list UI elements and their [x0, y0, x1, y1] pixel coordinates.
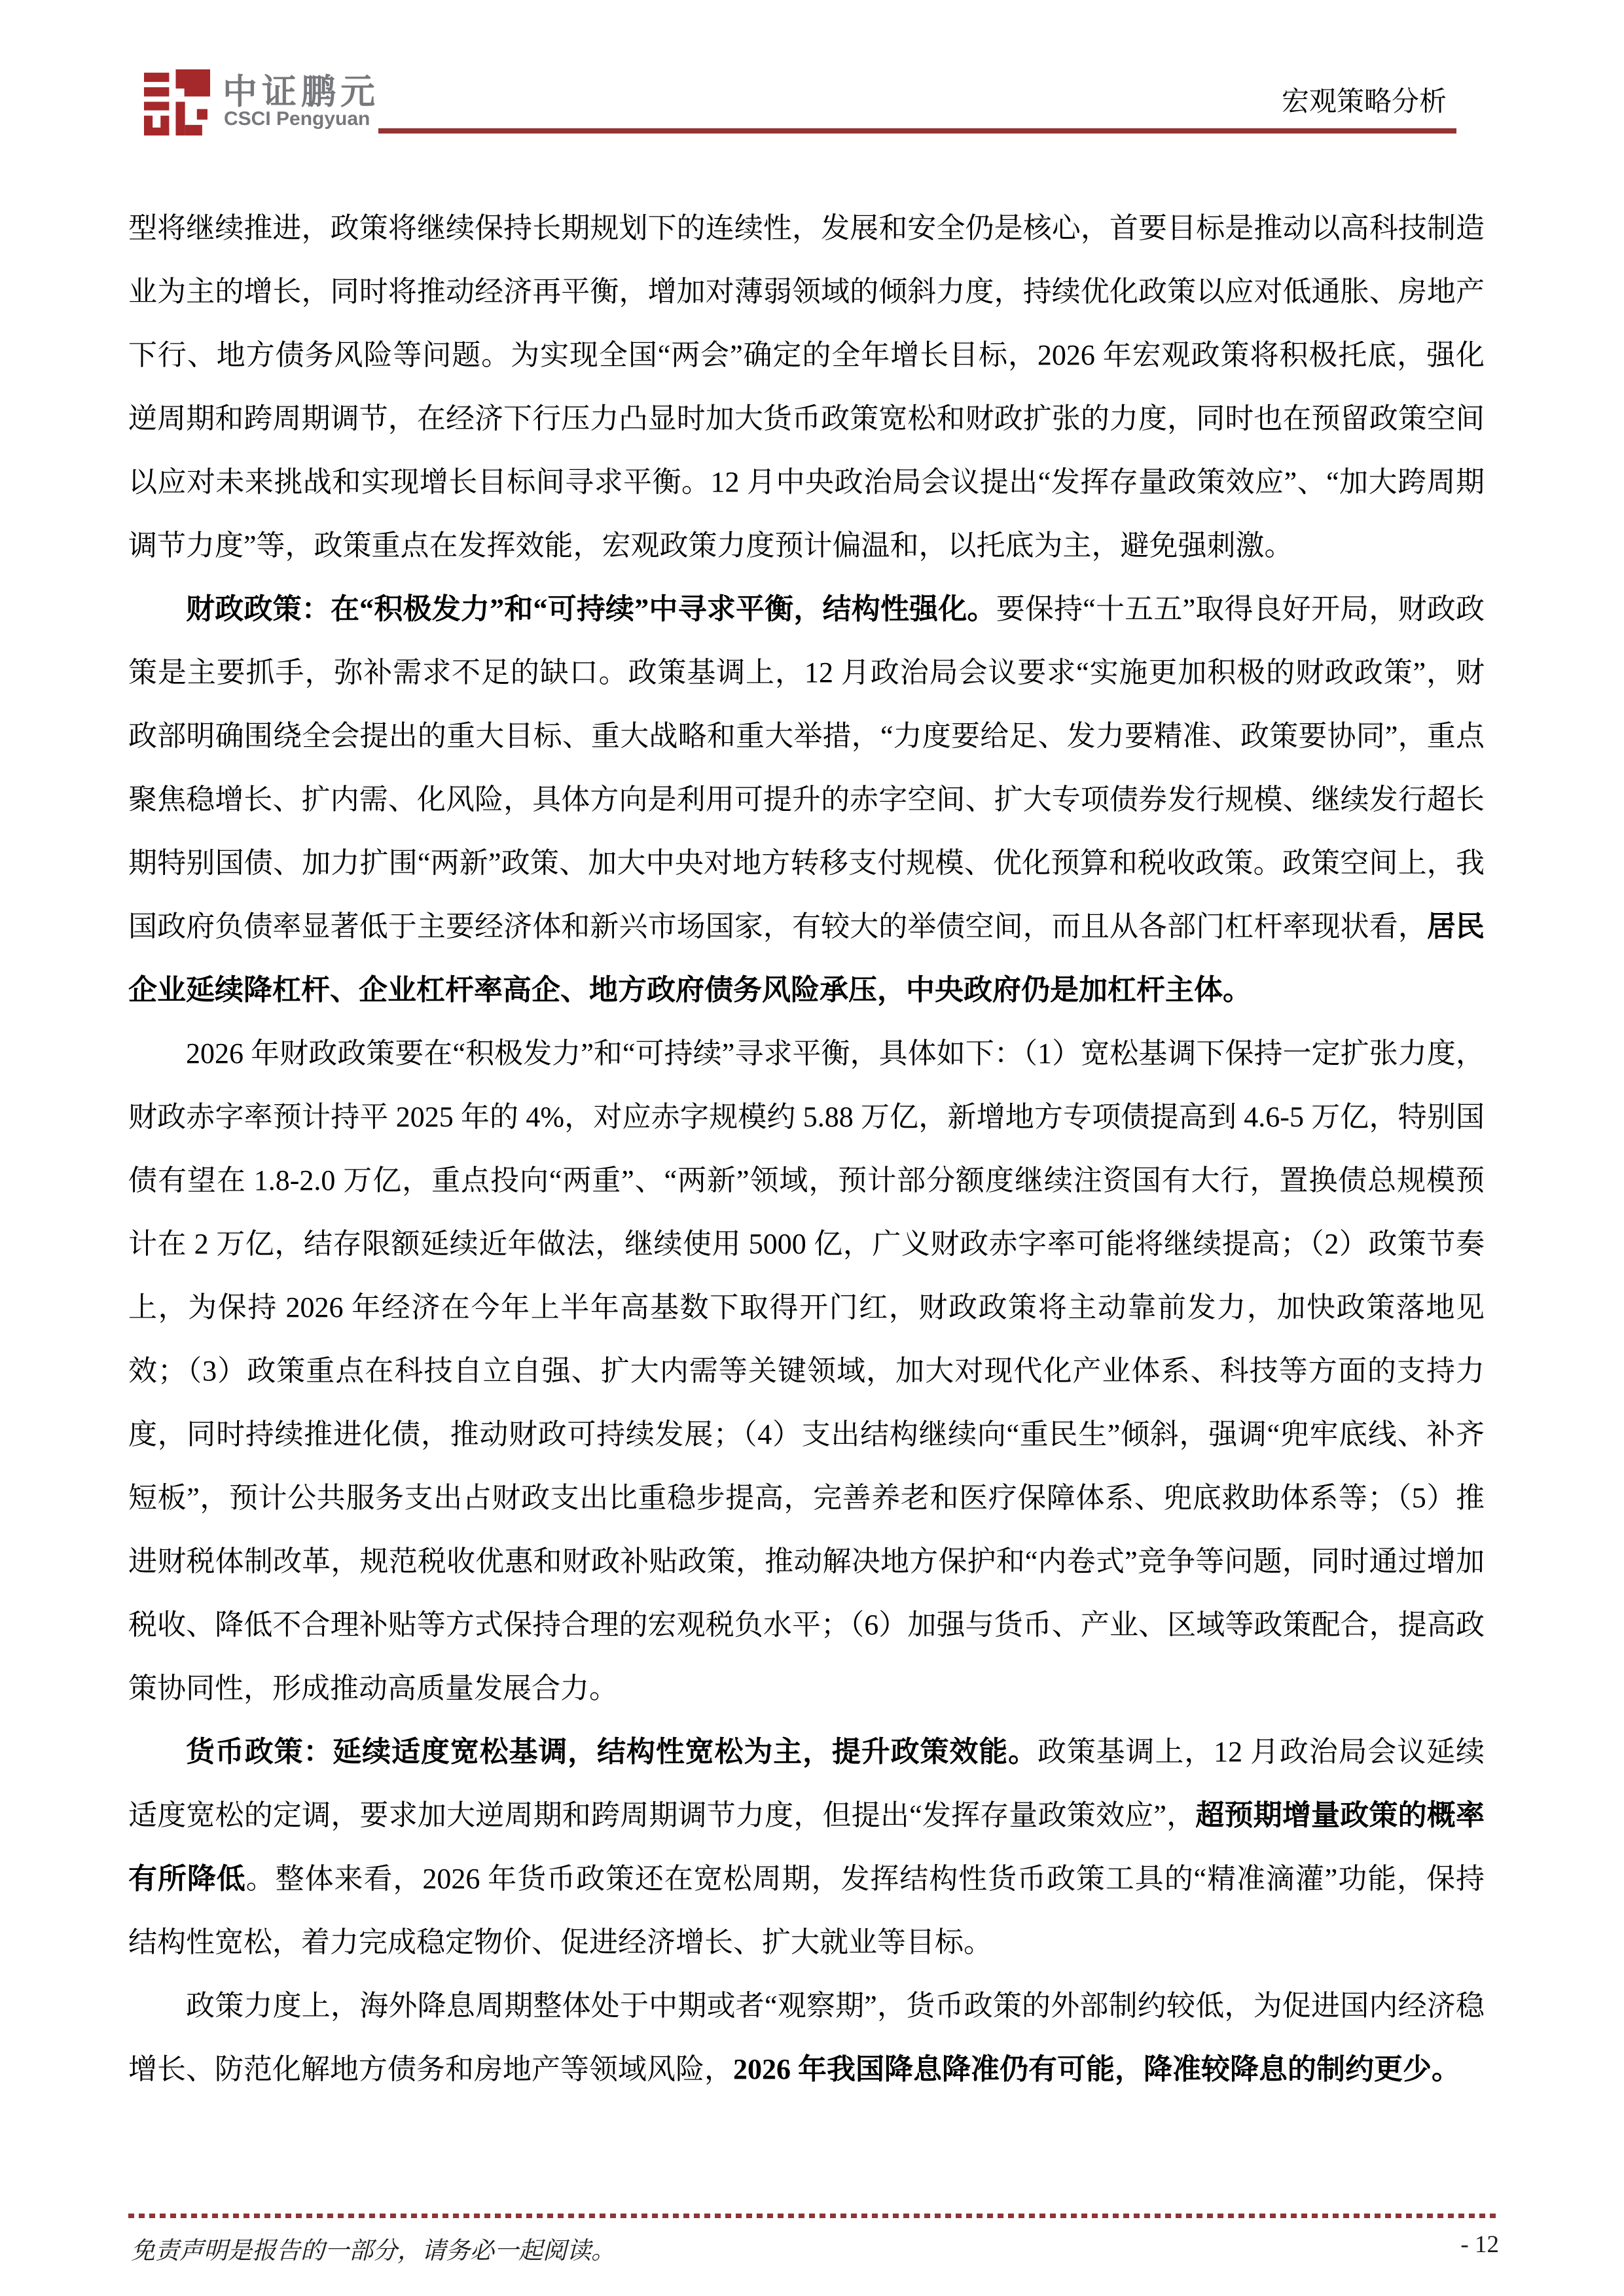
- paragraph: 货币政策：延续适度宽松基调，结构性宽松为主，提升政策效能。政策基调上，12 月政…: [128, 1720, 1485, 1974]
- document-body: 型将继续推进，政策将继续保持长期规划下的连续性，发展和安全仍是核心，首要目标是推…: [128, 196, 1485, 2101]
- emphasis-text: 2026 年我国降息降准仍有可能，降准较降息的制约更少。: [733, 2053, 1460, 2085]
- report-page: 中证鹏元 CSCI Pengyuan 宏观策略分析 型将继续推进，政策将继续保持…: [0, 0, 1624, 2296]
- emphasis-text: 财政政策：在“积极发力”和“可持续”中寻求平衡，结构性强化。: [186, 593, 996, 625]
- body-text: 。整体来看，2026 年货币政策还在宽松周期，发挥结构性货币政策工具的“精准滴灌…: [128, 1863, 1485, 1958]
- report-type-label: 宏观策略分析: [1282, 80, 1447, 119]
- page-number: - 12: [1460, 2231, 1499, 2259]
- csci-pengyuan-logo-icon: [144, 67, 210, 138]
- paragraph: 财政政策：在“积极发力”和“可持续”中寻求平衡，结构性强化。要保持“十五五”取得…: [128, 577, 1485, 1022]
- paragraph: 政策力度上，海外降息周期整体处于中期或者“观察期”，货币政策的外部制约较低，为促…: [128, 1974, 1485, 2101]
- paragraph: 2026 年财政政策要在“积极发力”和“可持续”寻求平衡，具体如下：（1）宽松基…: [128, 1022, 1485, 1720]
- body-text: 要保持“十五五”取得良好开局，财政政策是主要抓手，弥补需求不足的缺口。政策基调上…: [128, 593, 1485, 942]
- emphasis-text: 货币政策：延续适度宽松基调，结构性宽松为主，提升政策效能。: [186, 1736, 1038, 1768]
- paragraph: 型将继续推进，政策将继续保持长期规划下的连续性，发展和安全仍是核心，首要目标是推…: [128, 196, 1485, 577]
- company-name-cn: 中证鹏元: [223, 64, 380, 114]
- header-rule: [378, 128, 1456, 134]
- company-name-en: CSCI Pengyuan: [224, 108, 370, 130]
- disclaimer-text: 免责声明是报告的一部分，请务必一起阅读。: [131, 2231, 615, 2266]
- footer-dashed-rule: [128, 2214, 1500, 2218]
- body-text: 2026 年财政政策要在“积极发力”和“可持续”寻求平衡，具体如下：（1）宽松基…: [128, 1037, 1485, 1704]
- body-text: 型将继续推进，政策将继续保持长期规划下的连续性，发展和安全仍是核心，首要目标是推…: [128, 212, 1485, 562]
